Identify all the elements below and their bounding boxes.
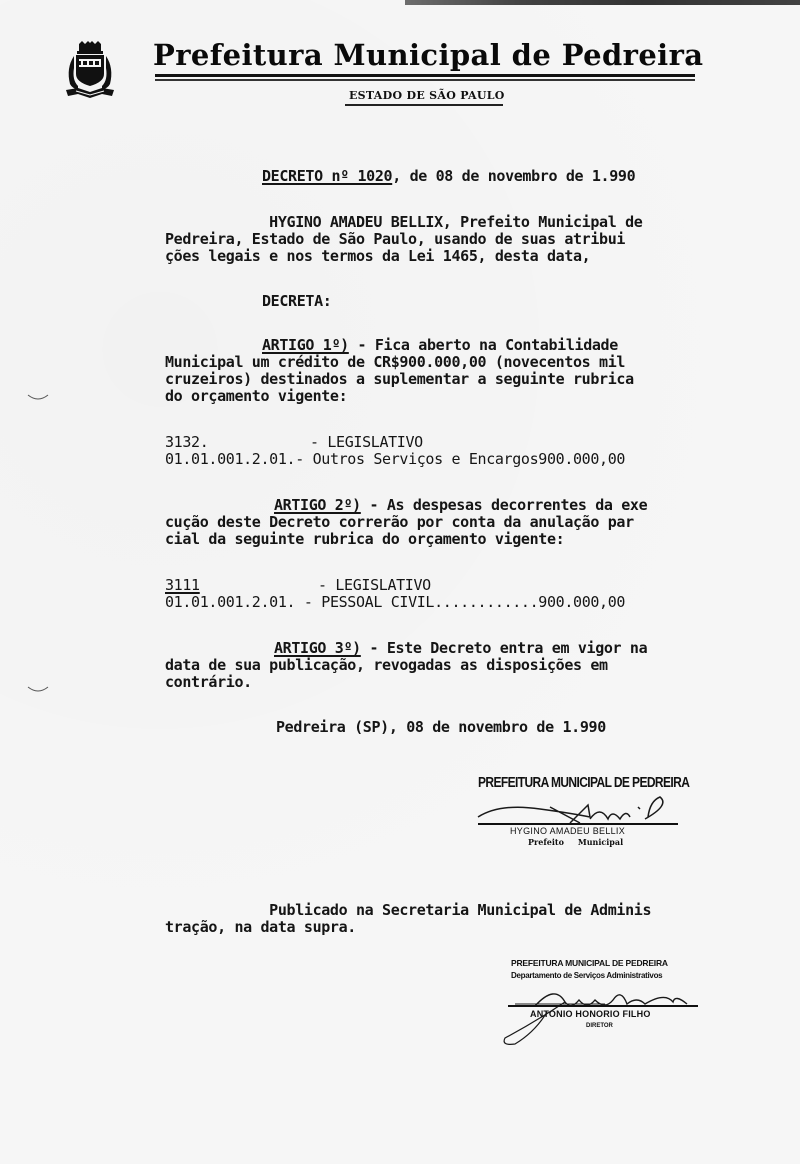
artigo-1-line-3: cruzeiros) destinados a suplementar a se… [165,371,634,387]
artigo-1-line-4: do orçamento vigente: [165,388,347,404]
artigo-2-line-1: ARTIGO 2º) - As despesas decorrentes da … [274,497,647,513]
artigo-3-line-3: contrário. [165,674,252,690]
rubrica-1-amount: 900.000,00 [538,450,625,468]
decreta-label: DECRETA: [262,293,331,309]
rubrica-2-sector: - LEGISLATIVO [318,577,431,593]
director-name: ANTONIO HONORIO FILHO [530,1009,651,1019]
mayor-signature-line [478,823,678,825]
artigo-3-line-2: data de sua publicação, revogadas as dis… [165,657,608,673]
director-department: Departamento de Serviços Administrativos [511,971,662,980]
mayor-name: HYGINO AMADEU BELLIX [510,826,625,836]
rubrica-1-account-line: 01.01.001.2.01.- Outros Serviços e Encar… [165,451,625,467]
preamble-line-1: HYGINO AMADEU BELLIX, Prefeito Municipal… [165,214,642,230]
header-rule-thin [155,79,695,81]
subtitle-underline [345,104,503,106]
mayor-signature-scribble [470,795,680,825]
scan-edge-artifact [405,0,800,5]
artigo-1-line-2: Municipal um crédito de CR$900.000,00 (n… [165,354,625,370]
place-date: Pedreira (SP), 08 de novembro de 1.990 [276,719,606,735]
rubrica-1-account: 01.01.001.2.01. [165,450,295,468]
rubrica-2-description: - PESSOAL CIVIL............ [304,593,538,611]
document-page: Prefeitura Municipal de Pedreira ESTADO … [0,0,800,1164]
artigo-2-label: ARTIGO 2º) [274,496,361,514]
decree-date: , de 08 de novembro de 1.990 [392,167,635,185]
director-stamp-title: PREFEITURA MUNICIPAL DE PEDREIRA [511,958,668,968]
artigo-1-line-1: ARTIGO 1º) - Fica aberto na Contabilidad… [262,337,618,353]
publication-line-2: tração, na data supra. [165,919,356,935]
state-subtitle: ESTADO DE SÃO PAULO [349,89,505,102]
rubrica-2-account-line: 01.01.001.2.01. - PESSOAL CIVIL.........… [165,594,625,610]
punch-hole-mark [26,685,50,695]
municipality-title: Prefeitura Municipal de Pedreira [153,38,698,72]
artigo-1-label: ARTIGO 1º) [262,336,349,354]
rubrica-2-code: 3111 [165,577,200,593]
rubrica-2-account: 01.01.001.2.01. [165,593,295,611]
artigo-3-label: ARTIGO 3º) [274,639,361,657]
rubrica-1-description: - Outros Serviços e Encargos [295,450,538,468]
mayor-stamp-title: PREFEITURA MUNICIPAL DE PEDREIRA [478,774,689,791]
artigo-2-line-2: cução deste Decreto correrão por conta d… [165,514,634,530]
publication-line-1: Publicado na Secretaria Municipal de Adm… [165,902,651,918]
director-signature-line [508,1005,698,1007]
header-rule [155,74,695,77]
rubrica-1-sector: - LEGISLATIVO [310,434,423,450]
coat-of-arms-icon [62,40,118,100]
punch-hole-mark [26,393,50,403]
director-role: DIRETOR [586,1023,613,1029]
preamble-line-3: ções legais e nos termos da Lei 1465, de… [165,248,590,264]
decree-heading: DECRETO nº 1020, de 08 de novembro de 1.… [262,168,635,184]
rubrica-1-code: 3132. [165,434,208,450]
preamble-line-2: Pedreira, Estado de São Paulo, usando de… [165,231,625,247]
decree-number: DECRETO nº 1020 [262,167,392,185]
mayor-role: Prefeito Municipal [528,837,623,847]
artigo-3-line-1: ARTIGO 3º) - Este Decreto entra em vigor… [274,640,647,656]
rubrica-2-amount: 900.000,00 [538,593,625,611]
artigo-2-line-3: cial da seguinte rubrica do orçamento vi… [165,531,564,547]
